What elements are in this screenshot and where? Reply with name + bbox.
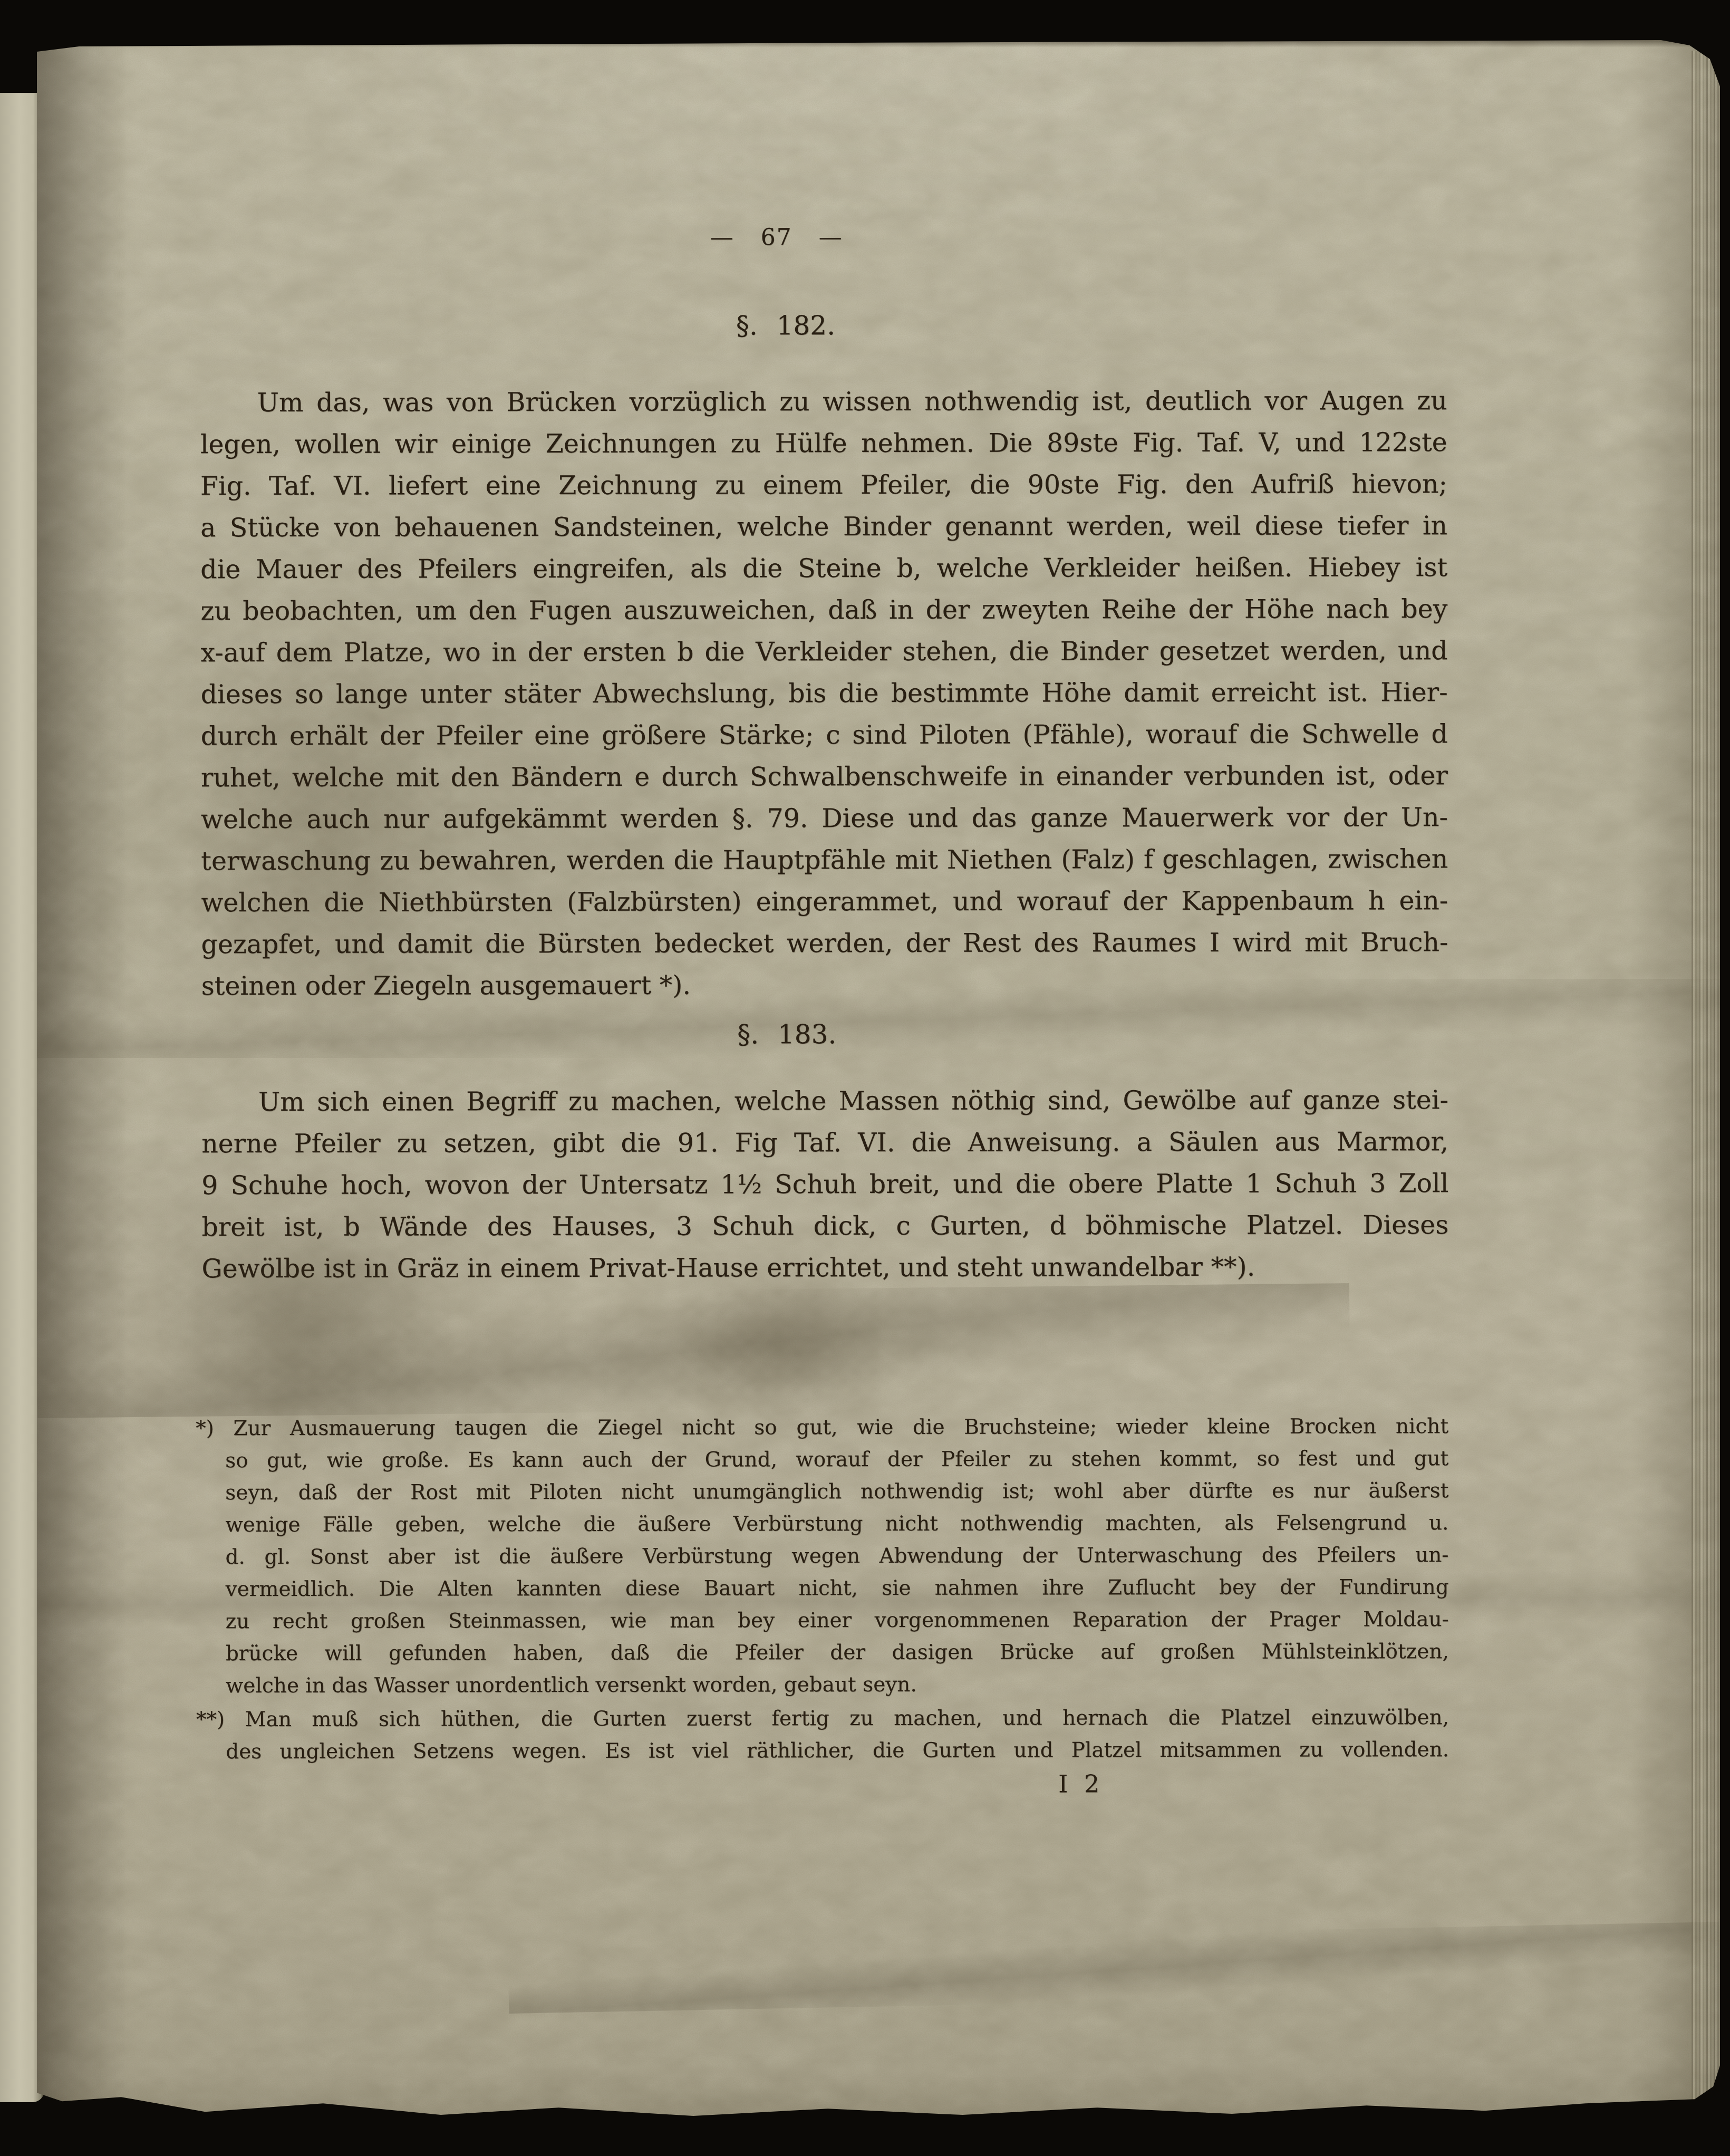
- book-page: — 67 — §. 182. Um das, was von Brücken v…: [37, 40, 1720, 2145]
- book-scan: — 67 — §. 182. Um das, was von Brücken v…: [0, 0, 1730, 2156]
- paper-grain-texture: [37, 40, 1720, 2145]
